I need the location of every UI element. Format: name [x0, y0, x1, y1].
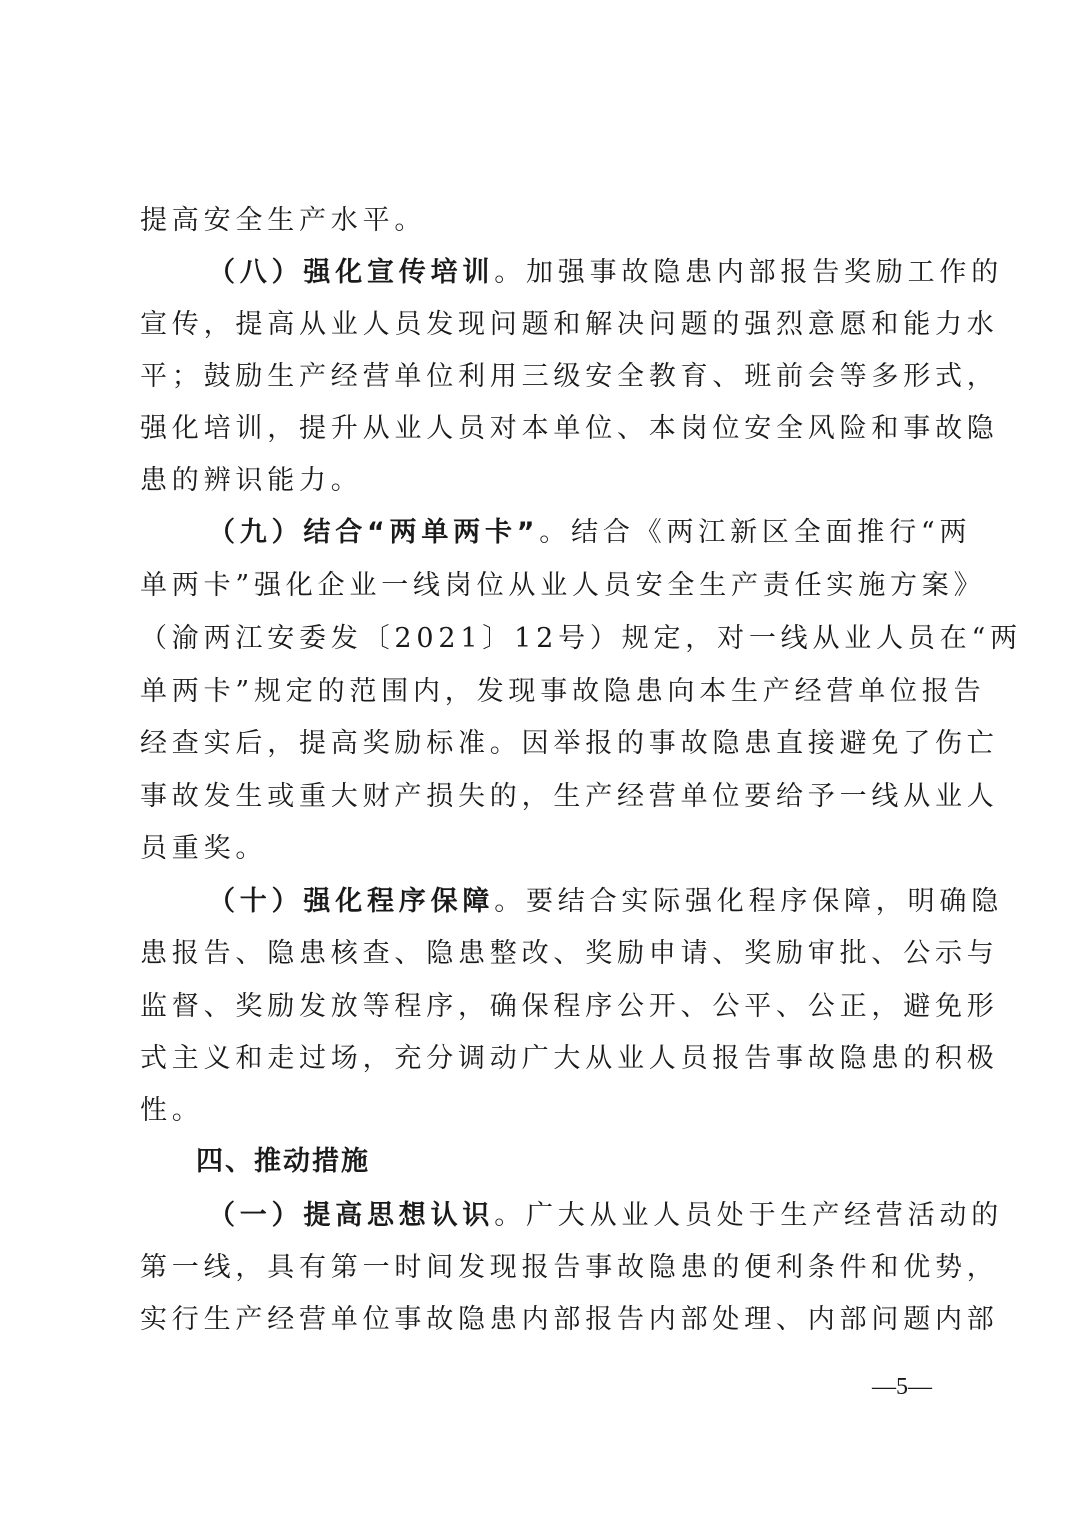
paragraph-line: 单两卡”规定的范围内，发现事故隐患向本生产经营单位报告	[140, 672, 925, 712]
paragraph-line: 患的辨识能力。	[140, 461, 925, 501]
section-heading: 四、推动措施	[196, 1142, 370, 1182]
section-9-title: （九）结合“两单两卡”	[208, 517, 539, 548]
paragraph-line: 患报告、隐患核查、隐患整改、奖励申请、奖励审批、公示与	[140, 934, 925, 974]
paragraph-line: 监督、奖励发放等程序，确保程序公开、公平、公正，避免形	[140, 987, 925, 1027]
paragraph-line: 实行生产经营单位事故隐患内部报告内部处理、内部问题内部	[140, 1300, 925, 1340]
section-10-title-line: （十）强化程序保障。要结合实际强化程序保障，明确隐	[208, 882, 925, 922]
paragraph-line: 事故发生或重大财产损失的，生产经营单位要给予一线从业人	[140, 777, 925, 817]
paragraph-line: 员重奖。	[140, 829, 925, 869]
document-page: 提高安全生产水平。 （八）强化宣传培训。加强事故隐患内部报告奖励工作的 宣传，提…	[0, 0, 1074, 1520]
subsection-1-title: （一）提高思想认识	[208, 1200, 494, 1231]
paragraph-line: （渝两江安委发〔2021〕12号）规定，对一线从业人员在“两	[140, 619, 925, 659]
paragraph-line: 提高安全生产水平。	[140, 201, 925, 241]
paragraph-line: 式主义和走过场，充分调动广大从业人员报告事故隐患的积极	[140, 1039, 925, 1079]
paragraph-line: 单两卡”强化企业一线岗位从业人员安全生产责任实施方案》	[140, 566, 925, 606]
section-9-title-line: （九）结合“两单两卡”。结合《两江新区全面推行“两	[208, 513, 925, 553]
paragraph-line: 平；鼓励生产经营单位利用三级安全教育、班前会等多形式，	[140, 357, 925, 397]
paragraph-line: 强化培训，提升从业人员对本单位、本岗位安全风险和事故隐	[140, 409, 925, 449]
section-10-title: （十）强化程序保障	[208, 886, 494, 917]
paragraph-line: 第一线，具有第一时间发现报告事故隐患的便利条件和优势，	[140, 1248, 925, 1288]
section-8-title: （八）强化宣传培训	[208, 257, 494, 288]
paragraph-line: 宣传，提高从业人员发现问题和解决问题的强烈意愿和能力水	[140, 305, 925, 345]
section-8-title-line: （八）强化宣传培训。加强事故隐患内部报告奖励工作的	[208, 253, 925, 293]
paragraph-line: 性。	[140, 1091, 925, 1131]
subsection-1-title-line: （一）提高思想认识。广大从业人员处于生产经营活动的	[208, 1196, 925, 1236]
paragraph-line: 经查实后，提高奖励标准。因举报的事故隐患直接避免了伤亡	[140, 724, 925, 764]
page-number: —5—	[872, 1372, 932, 1402]
